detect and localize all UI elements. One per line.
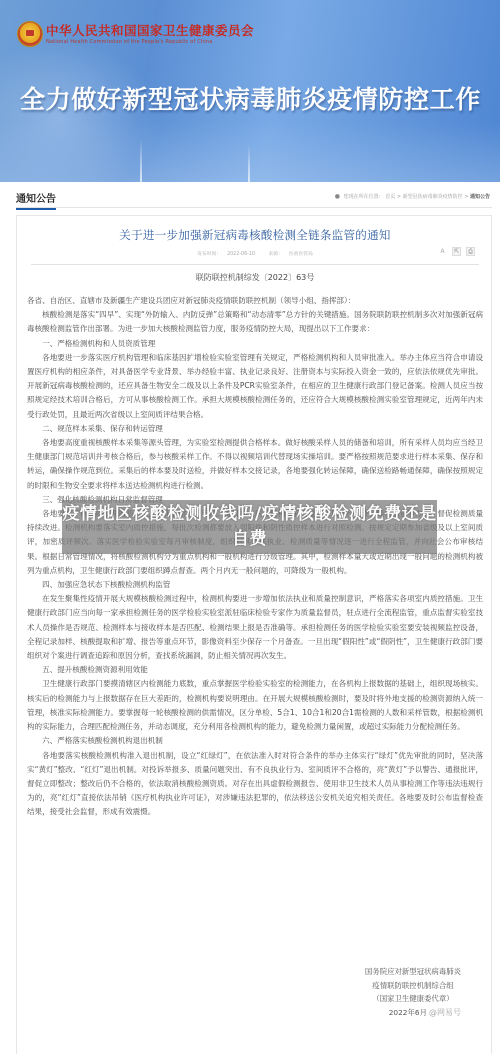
- publish-date: 2022-06-10: [227, 252, 255, 257]
- paragraph: 各地要进一步落实医疗机构管理和临床基因扩增检验实验室管理有关规定，严格检测机构和…: [27, 351, 483, 422]
- breadcrumb: ● 您现在所在位置： 首页 > 新型冠状病毒肺炎疫情防控 > 通知公告: [335, 193, 490, 200]
- breadcrumb-item-epidemic[interactable]: 新型冠状病毒肺炎疫情防控: [403, 194, 463, 200]
- source: 医政医管局: [289, 252, 313, 257]
- document-number: 联防联控机制综发〔2022〕63号: [17, 272, 493, 283]
- signature-date-row: 2022年6月@网易号: [365, 1006, 461, 1020]
- watermark: @网易号: [429, 1008, 461, 1017]
- article-title: 关于进一步加强新冠病毒核酸检测全链条监管的通知: [17, 227, 493, 243]
- print-icon[interactable]: ⎙: [466, 247, 475, 256]
- source-label: 来源：: [269, 252, 283, 257]
- decorative-light: [248, 145, 250, 182]
- publish-label: 发布时间：: [197, 252, 221, 257]
- decorative-light: [140, 140, 142, 182]
- salutation: 各省、自治区、直辖市及新疆生产建设兵团应对新冠肺炎疫情联防联控机制（领导小组、指…: [27, 294, 483, 308]
- paragraph: 各地要落实核酸检测机构准入退出机制，设立“红绿灯”，在依法准入时对符合条件的举办…: [27, 749, 483, 820]
- paragraph: 在发生聚集性疫情开展大规模核酸检测过程中，检测机构要进一步增加依法执业和质量控制…: [27, 592, 483, 663]
- paragraph: 核酸检测是落实“四早”、实现“外防输入、内防反弹”总策略和“动态清零”总方针的关…: [27, 308, 483, 336]
- paragraph: 各地要高度重视核酸样本采集等源头管理，为实验室检测提供合格样本。做好核酸采样人员…: [27, 436, 483, 493]
- share-icon[interactable]: ⇱: [452, 247, 461, 256]
- paragraph: 卫生健康行政部门要摸清辖区内检测能力底数，重点掌握医学检验实验室的检测能力，在各…: [27, 677, 483, 734]
- breadcrumb-item-current[interactable]: 通知公告: [470, 194, 490, 200]
- article-tools: A ⇱ ⎙: [438, 247, 475, 256]
- article-meta: 发布时间：2022-06-10 来源：医政医管局: [17, 250, 493, 257]
- section-heading-2: 二、规范样本采集、保存和转运管理: [27, 422, 483, 436]
- org-name-en: National Health Commission of the People…: [46, 39, 213, 45]
- article-body: 各省、自治区、直辖市及新疆生产建设兵团应对新冠肺炎疫情联防联控机制（领导小组、指…: [27, 294, 483, 820]
- signature-block: 国务院应对新型冠状病毒肺炎 疫情联防联控机制综合组 （国家卫生健康委代章） 20…: [365, 965, 461, 1019]
- header-banner: 中华人民共和国国家卫生健康委员会 National Health Commiss…: [0, 0, 500, 182]
- section-title[interactable]: 通知公告: [16, 190, 56, 210]
- signature-line: （国家卫生健康委代章）: [365, 992, 461, 1006]
- font-size-icon[interactable]: A: [438, 247, 447, 256]
- national-emblem-icon: [17, 21, 43, 47]
- banner-slogan: 全力做好新型冠状病毒肺炎疫情防控工作: [20, 80, 481, 116]
- location-pin-icon: ●: [335, 193, 340, 200]
- breadcrumb-item-home[interactable]: 首页: [385, 194, 395, 200]
- breadcrumb-prefix: 您现在所在位置：: [344, 194, 384, 200]
- section-heading-4: 四、加强应急状态下核酸检测机构监管: [27, 578, 483, 592]
- divider: [31, 264, 479, 265]
- org-name-cn[interactable]: 中华人民共和国国家卫生健康委员会: [46, 21, 254, 39]
- signature-line: 疫情联防联控机制综合组: [365, 979, 461, 993]
- article-card: 关于进一步加强新冠病毒核酸检测全链条监管的通知 发布时间：2022-06-10 …: [16, 215, 492, 1054]
- section-heading-5: 五、提升核酸检测资源利用效能: [27, 663, 483, 677]
- signature-date: 2022年6月: [389, 1008, 427, 1017]
- section-header: 通知公告 ● 您现在所在位置： 首页 > 新型冠状病毒肺炎疫情防控 > 通知公告: [16, 186, 492, 208]
- caption-text: 疫情地区核酸检测收钱吗/疫情核酸检测免费还是自费: [62, 502, 437, 552]
- signature-line: 国务院应对新型冠状病毒肺炎: [365, 965, 461, 979]
- section-heading-1: 一、严格检测机构和人员资质管理: [27, 337, 483, 351]
- section-heading-6: 六、严格落实核酸检测机构退出机制: [27, 734, 483, 748]
